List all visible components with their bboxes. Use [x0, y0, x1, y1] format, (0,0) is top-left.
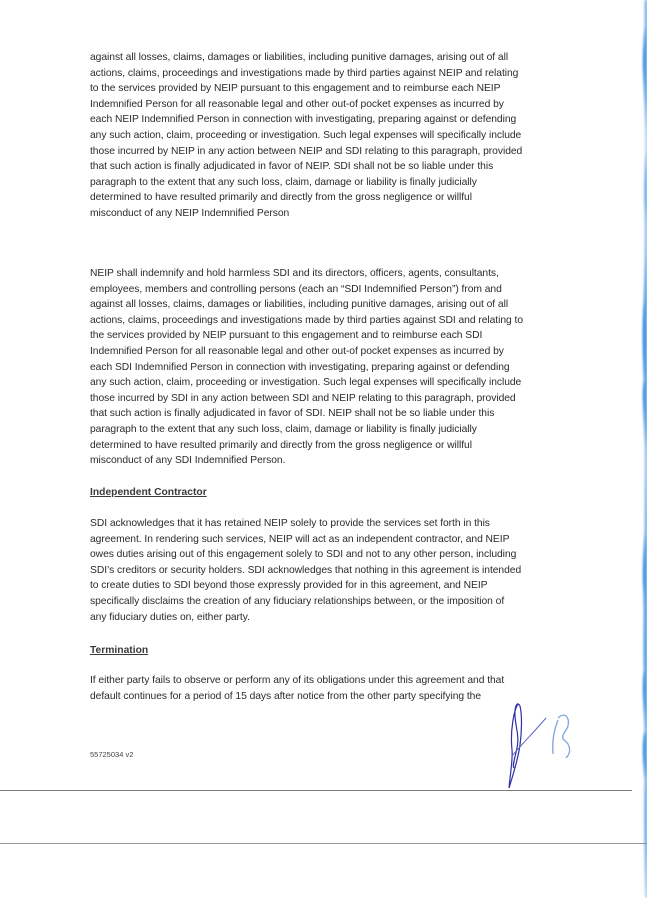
text-line: each SDI Indemnified Person in connectio… — [90, 360, 590, 376]
text-line: actions, claims, proceedings and investi… — [90, 313, 590, 329]
text-line: that such action is finally adjudicated … — [90, 406, 590, 422]
page-bottom-edge — [0, 843, 647, 844]
text-line: SDI’s creditors or security holders. SDI… — [90, 563, 590, 579]
text-line: paragraph to the extent that any such lo… — [90, 422, 590, 438]
text-line: any such action, claim, proceeding or in… — [90, 375, 590, 391]
text-line: any such action, claim, proceeding or in… — [90, 128, 590, 144]
text-line: actions, claims, proceedings and investi… — [90, 66, 590, 82]
text-line: agreement. In rendering such services, N… — [90, 532, 590, 548]
section-heading-independent-contractor: Independent Contractor — [90, 487, 207, 498]
text-line: any fiduciary duties on, either party. — [90, 610, 590, 626]
text-line: against all losses, claims, damages or l… — [90, 297, 590, 313]
text-line: NEIP shall indemnify and hold harmless S… — [90, 266, 590, 282]
text-line: to the services provided by NEIP pursuan… — [90, 81, 590, 97]
scan-edge-highlight-icon — [635, 0, 647, 898]
text-line: Indemnified Person for all reasonable le… — [90, 344, 590, 360]
text-line: If either party fails to observe or perf… — [90, 673, 590, 689]
text-line: determined to have resulted primarily an… — [90, 438, 590, 454]
text-line: specifically disclaims the creation of a… — [90, 594, 590, 610]
text-line: those incurred by NEIP in any action bet… — [90, 144, 590, 160]
document-page: against all losses, claims, damages or l… — [0, 0, 647, 898]
text-line: employees, members and controlling perso… — [90, 282, 590, 298]
text-line: misconduct of any SDI Indemnified Person… — [90, 453, 590, 469]
text-line: SDI acknowledges that it has retained NE… — [90, 516, 590, 532]
text-line: against all losses, claims, damages or l… — [90, 50, 590, 66]
document-id: 55725034 v2 — [90, 750, 133, 759]
paragraph-neip-indemnification: against all losses, claims, damages or l… — [90, 50, 590, 222]
text-line: to create duties to SDI beyond those exp… — [90, 578, 590, 594]
paragraph-independent-contractor: SDI acknowledges that it has retained NE… — [90, 516, 590, 625]
text-line: the services provided by NEIP pursuant t… — [90, 328, 590, 344]
initials-signature-icon — [460, 700, 600, 792]
text-line: Indemnified Person for all reasonable le… — [90, 97, 590, 113]
section-heading-termination: Termination — [90, 645, 148, 656]
text-line: each NEIP Indemnified Person in connecti… — [90, 112, 590, 128]
text-line: that such action is finally adjudicated … — [90, 159, 590, 175]
text-line: owes duties arising out of this engageme… — [90, 547, 590, 563]
separator-line — [0, 790, 632, 791]
text-line: misconduct of any NEIP Indemnified Perso… — [90, 206, 590, 222]
text-line: those incurred by SDI in any action betw… — [90, 391, 590, 407]
text-line: determined to have resulted primarily an… — [90, 190, 590, 206]
text-line: paragraph to the extent that any such lo… — [90, 175, 590, 191]
paragraph-sdi-indemnification: NEIP shall indemnify and hold harmless S… — [90, 266, 590, 469]
